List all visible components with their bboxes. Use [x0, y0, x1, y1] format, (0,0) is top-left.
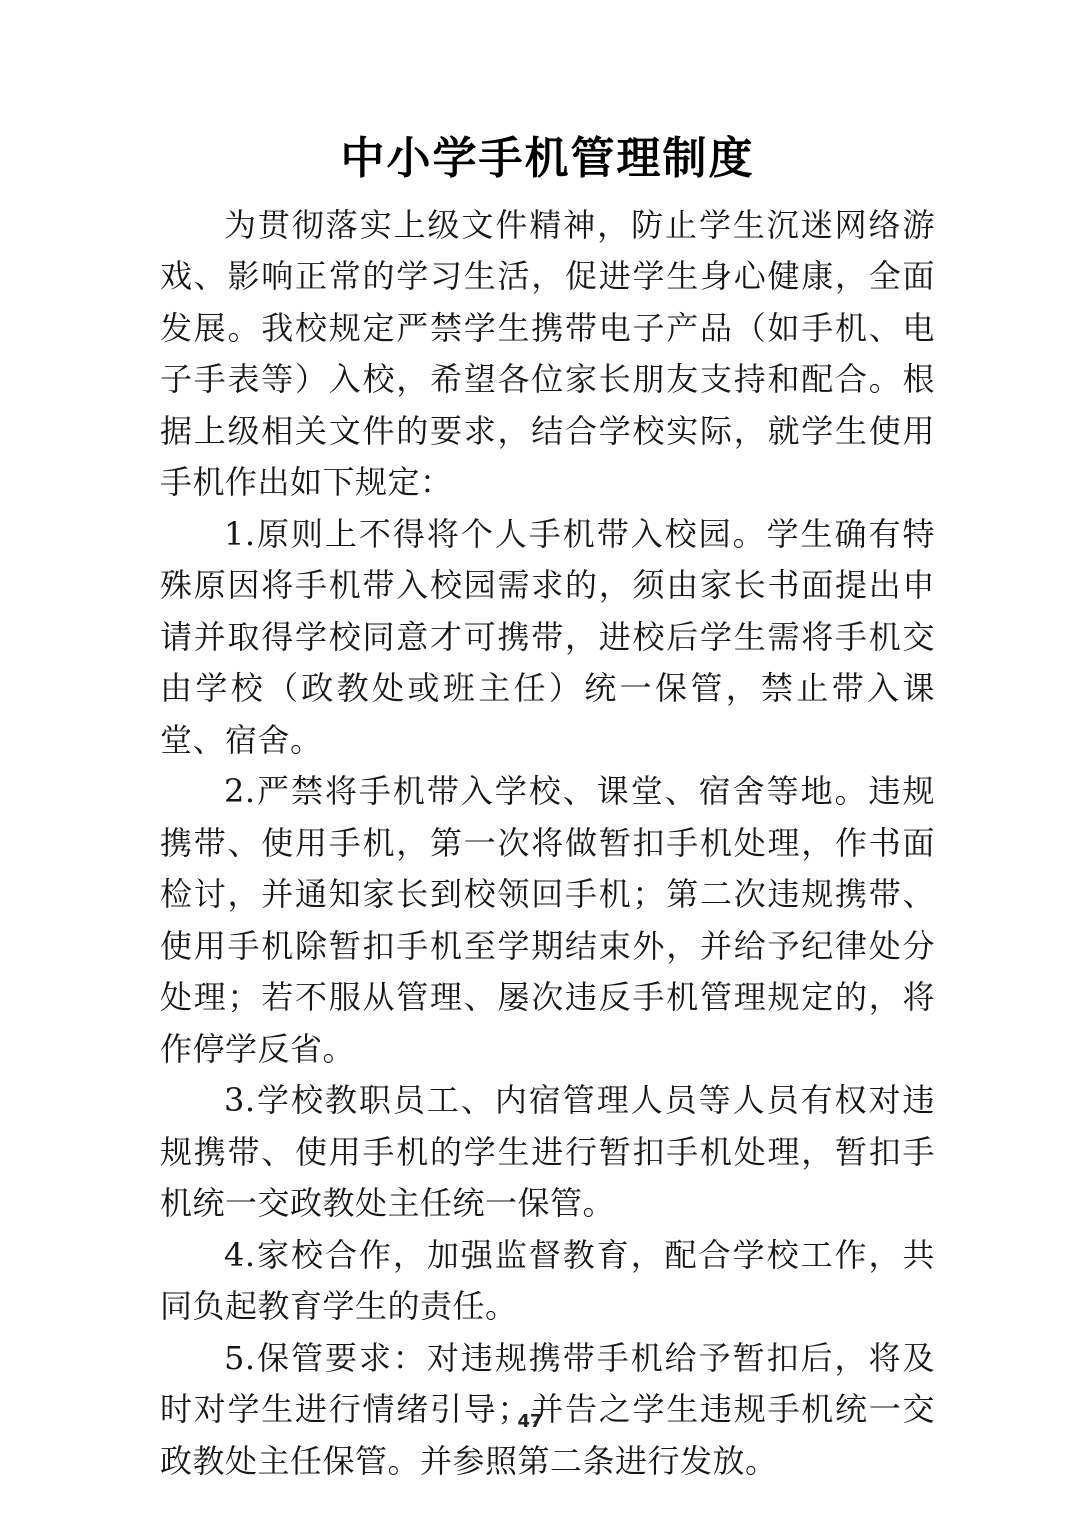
paragraph-rule-1: 1.原则上不得将个人手机带入校园。学生确有特殊原因将手机带入校园需求的，须由家长… [160, 509, 935, 767]
paragraph-intro: 为贯彻落实上级文件精神，防止学生沉迷网络游戏、影响正常的学习生活，促进学生身心健… [160, 200, 935, 509]
document-body: 为贯彻落实上级文件精神，防止学生沉迷网络游戏、影响正常的学习生活，促进学生身心健… [160, 200, 935, 1488]
document-title: 中小学手机管理制度 [160, 133, 935, 186]
paragraph-rule-4: 4.家校合作，加强监督教育，配合学校工作，共同负起教育学生的责任。 [160, 1230, 935, 1333]
paragraph-rule-2: 2.严禁将手机带入学校、课堂、宿舍等地。违规携带、使用手机，第一次将做暂扣手机处… [160, 766, 935, 1075]
document-page: 中小学手机管理制度 为贯彻落实上级文件精神，防止学生沉迷网络游戏、影响正常的学习… [0, 0, 1080, 1527]
paragraph-rule-3: 3.学校教职员工、内宿管理人员等人员有权对违规携带、使用手机的学生进行暂扣手机处… [160, 1075, 935, 1230]
page-number: 47 [0, 1411, 1060, 1432]
